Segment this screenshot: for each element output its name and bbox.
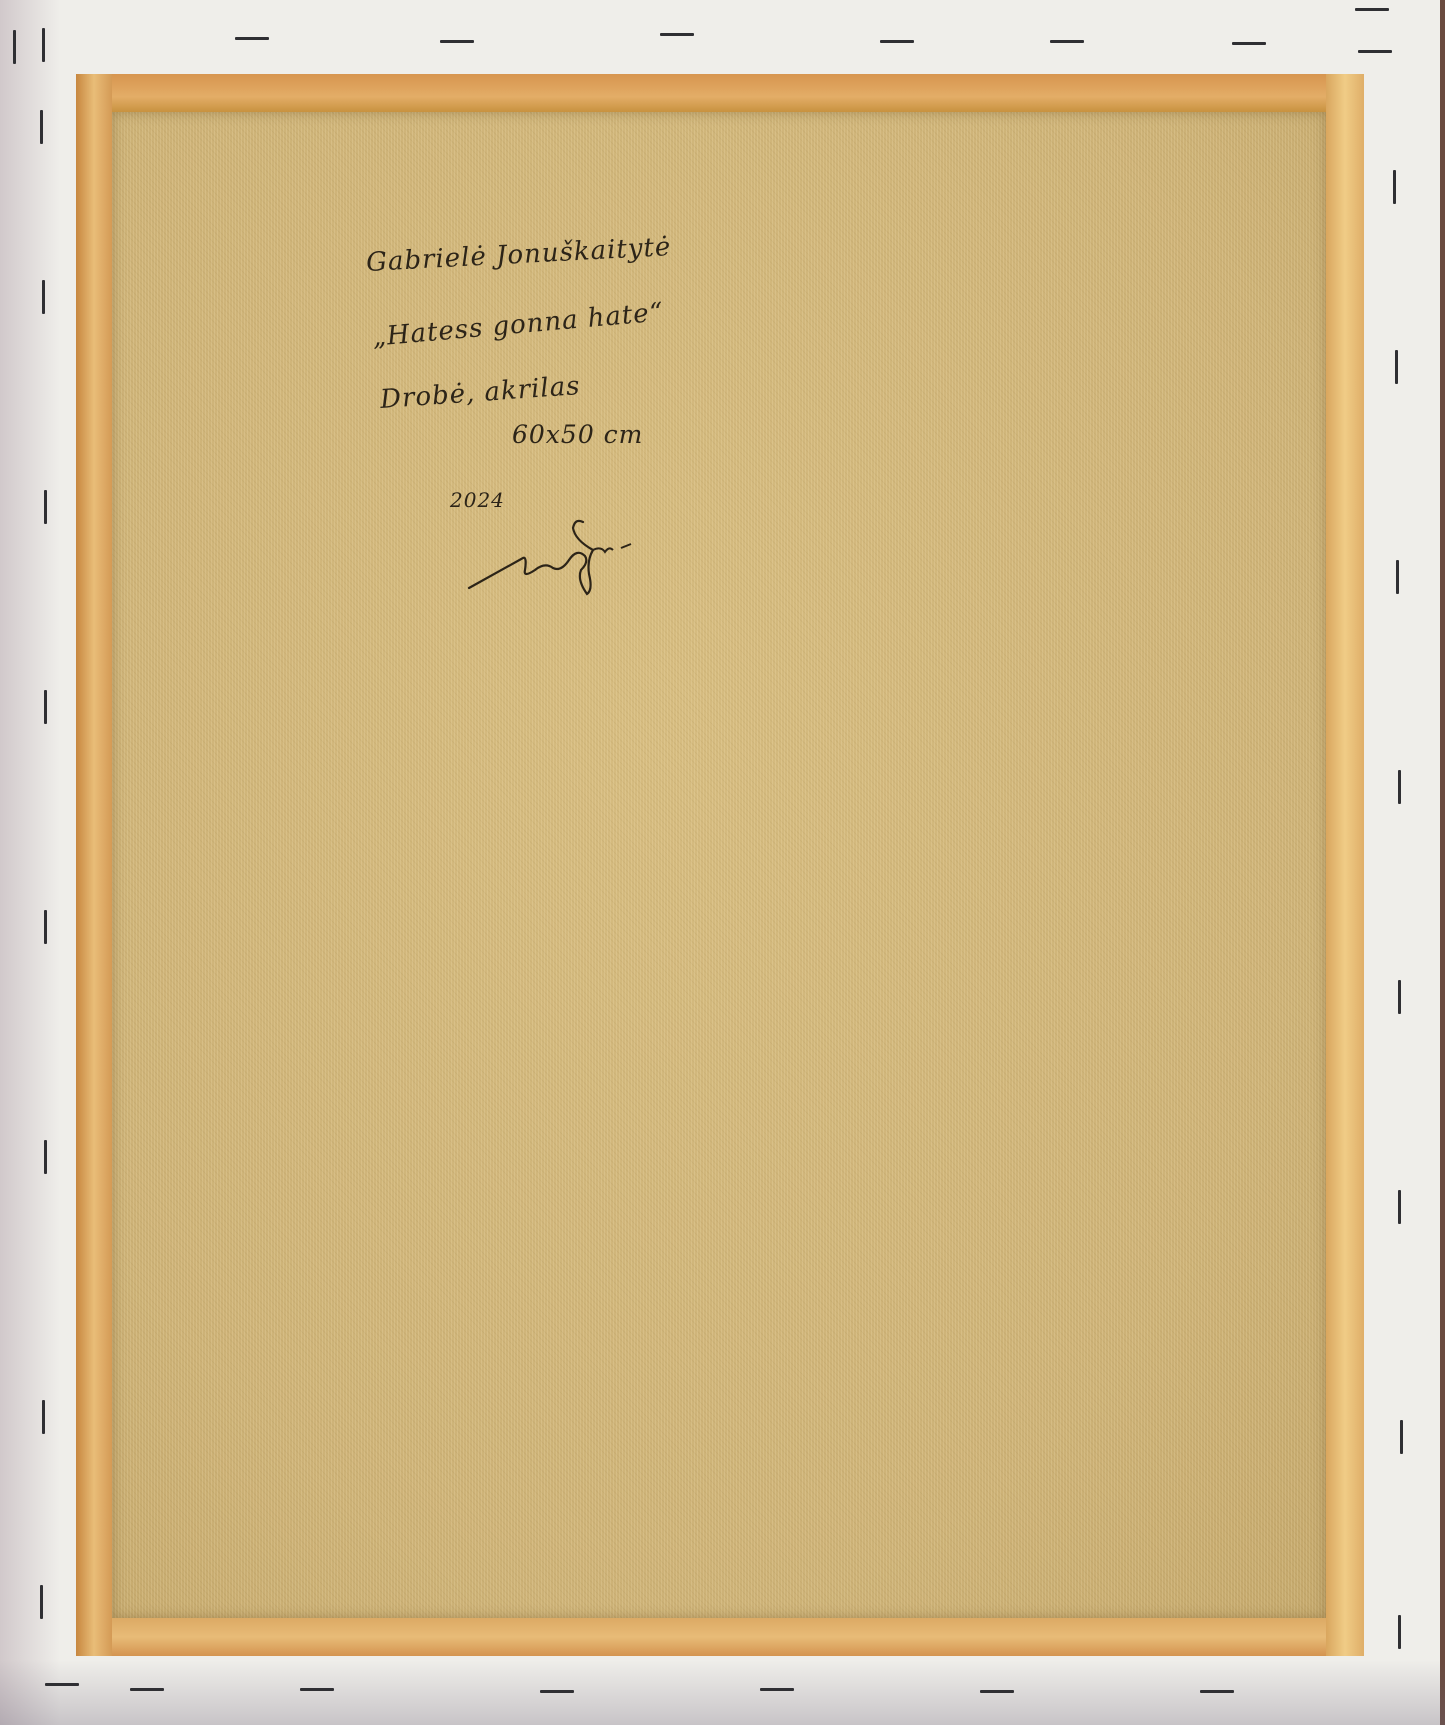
inscription-dimensions: 60x50 cm [512, 420, 643, 449]
staple [1398, 980, 1401, 1014]
staple [130, 1688, 164, 1691]
artist-signature-icon [465, 510, 645, 600]
staple [40, 110, 43, 144]
staple [1393, 170, 1396, 204]
staple [1398, 770, 1401, 804]
staple [660, 33, 694, 36]
staple [42, 28, 45, 62]
staple [1232, 42, 1266, 45]
staple [1200, 1690, 1234, 1693]
staple [44, 910, 47, 944]
staple [980, 1690, 1014, 1693]
staple [235, 37, 269, 40]
staple [44, 1140, 47, 1174]
staple [44, 690, 47, 724]
stretcher-bar-left [76, 74, 112, 1656]
stretcher-bar-right [1326, 74, 1364, 1656]
inscription-year: 2024 [450, 488, 505, 512]
staple [880, 40, 914, 43]
staple [42, 1400, 45, 1434]
staple [1398, 1190, 1401, 1224]
canvas-back-linen [112, 112, 1326, 1618]
staple [1355, 8, 1389, 11]
staple [1050, 40, 1084, 43]
staple [40, 1585, 43, 1619]
staple [42, 280, 45, 314]
staple [1398, 1615, 1401, 1649]
staple [440, 40, 474, 43]
staple [760, 1688, 794, 1691]
paint-smudge-left [0, 0, 60, 1725]
staple [300, 1688, 334, 1691]
stretcher-bar-bottom [76, 1618, 1364, 1656]
staple [13, 30, 16, 64]
staple [45, 1683, 79, 1686]
staple [1396, 560, 1399, 594]
stretcher-bar-top [76, 74, 1364, 112]
staple [1400, 1420, 1403, 1454]
staple [540, 1690, 574, 1693]
staple [1395, 350, 1398, 384]
staple [44, 490, 47, 524]
staple [1358, 50, 1392, 53]
